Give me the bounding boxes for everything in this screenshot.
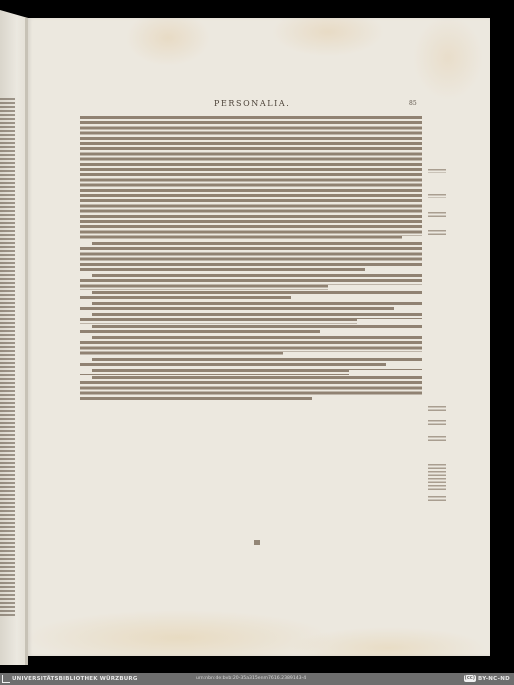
paragraph — [80, 325, 422, 335]
paragraph — [80, 291, 422, 301]
library-name: UNIVERSITÄTSBIBLIOTHEK WÜRZBURG — [12, 676, 138, 682]
paragraph-indent — [80, 313, 92, 317]
paragraph — [80, 116, 422, 241]
paragraph-indent — [80, 358, 92, 362]
signature-mark — [254, 540, 260, 545]
paragraph — [80, 376, 422, 402]
paragraph-end-gap — [320, 330, 422, 335]
margin-note — [428, 194, 446, 198]
paragraph-indent — [80, 376, 92, 380]
paragraph-end-gap — [386, 363, 422, 368]
creative-commons-icon: (cc) — [464, 675, 477, 682]
paragraph-end-gap — [283, 352, 422, 357]
margin-note — [428, 230, 446, 237]
paragraph-end-gap — [357, 319, 422, 324]
verso-text-fragment — [0, 98, 15, 618]
paragraph — [80, 369, 422, 374]
paragraph-end-gap — [365, 268, 422, 273]
marginalia-column — [426, 116, 456, 536]
margin-note — [428, 212, 446, 219]
body-text-block — [80, 116, 422, 534]
paragraph — [80, 242, 422, 273]
paragraph-indent — [80, 274, 92, 278]
paragraph-indent — [80, 242, 92, 246]
verso-page-edge — [0, 10, 28, 665]
paragraph-end-gap — [402, 236, 422, 241]
paragraph-end-gap — [328, 285, 422, 290]
running-head: PERSONALIA. 85 — [28, 99, 490, 111]
paragraph-indent — [80, 336, 92, 340]
paragraph — [80, 313, 422, 323]
footer-bar: UNIVERSITÄTSBIBLIOTHEK WÜRZBURG urn:nbn:… — [0, 673, 514, 685]
paragraph-indent — [80, 302, 92, 306]
paragraph-indent — [80, 369, 92, 373]
urn-identifier[interactable]: urn:nbn:de:bvb:20-35a315enm7616.2389143-… — [196, 676, 306, 681]
paragraph-end-gap — [291, 296, 422, 301]
library-logo[interactable]: UNIVERSITÄTSBIBLIOTHEK WÜRZBURG — [2, 675, 138, 683]
margin-note — [428, 464, 446, 492]
license-text: BY-NC-ND — [478, 676, 510, 682]
margin-note — [428, 406, 446, 413]
document-viewer: PERSONALIA. 85 UNIVERSITÄTSBIBLIOTHEK WÜ… — [0, 0, 514, 685]
margin-note — [428, 436, 446, 443]
recto-page: PERSONALIA. 85 — [28, 18, 490, 656]
paragraph-end-gap — [394, 307, 422, 312]
margin-note — [428, 420, 446, 427]
page-number: 85 — [409, 100, 417, 107]
paragraph — [80, 274, 422, 290]
library-logo-icon — [2, 675, 10, 683]
running-title: PERSONALIA. — [214, 99, 290, 108]
paragraph — [80, 336, 422, 357]
paragraph-end-gap — [312, 397, 422, 402]
margin-note — [428, 169, 446, 173]
paragraph-indent — [80, 291, 92, 295]
margin-note — [428, 496, 446, 503]
paragraph — [80, 358, 422, 368]
paragraph — [80, 302, 422, 312]
license-badge[interactable]: (cc) BY-NC-ND — [464, 675, 510, 682]
paragraph-end-gap — [349, 370, 422, 375]
paragraph-indent — [80, 325, 92, 329]
